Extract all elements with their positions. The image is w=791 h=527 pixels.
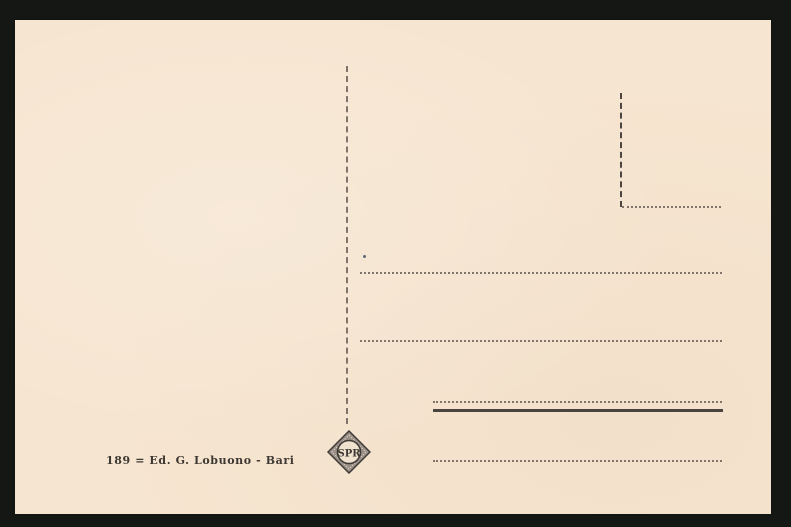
address-line-3 bbox=[433, 401, 722, 403]
address-line-2 bbox=[360, 340, 722, 342]
ink-speck bbox=[363, 255, 366, 258]
stamp-box-bottom-edge bbox=[622, 206, 721, 208]
publisher-imprint: 189 = Ed. G. Lobuono - Bari bbox=[106, 454, 295, 467]
stamp-box-left-edge bbox=[620, 93, 622, 207]
logo-monogram: SPR bbox=[337, 449, 361, 460]
address-solid-rule bbox=[433, 409, 723, 412]
address-line-4 bbox=[433, 460, 722, 462]
address-line-1 bbox=[360, 272, 722, 274]
scan-background: 189 = Ed. G. Lobuono - Bari SPR bbox=[0, 0, 791, 527]
publisher-logo-icon: SPR bbox=[327, 430, 371, 474]
center-divider-line bbox=[346, 66, 348, 424]
postcard-back: 189 = Ed. G. Lobuono - Bari SPR bbox=[15, 20, 771, 514]
